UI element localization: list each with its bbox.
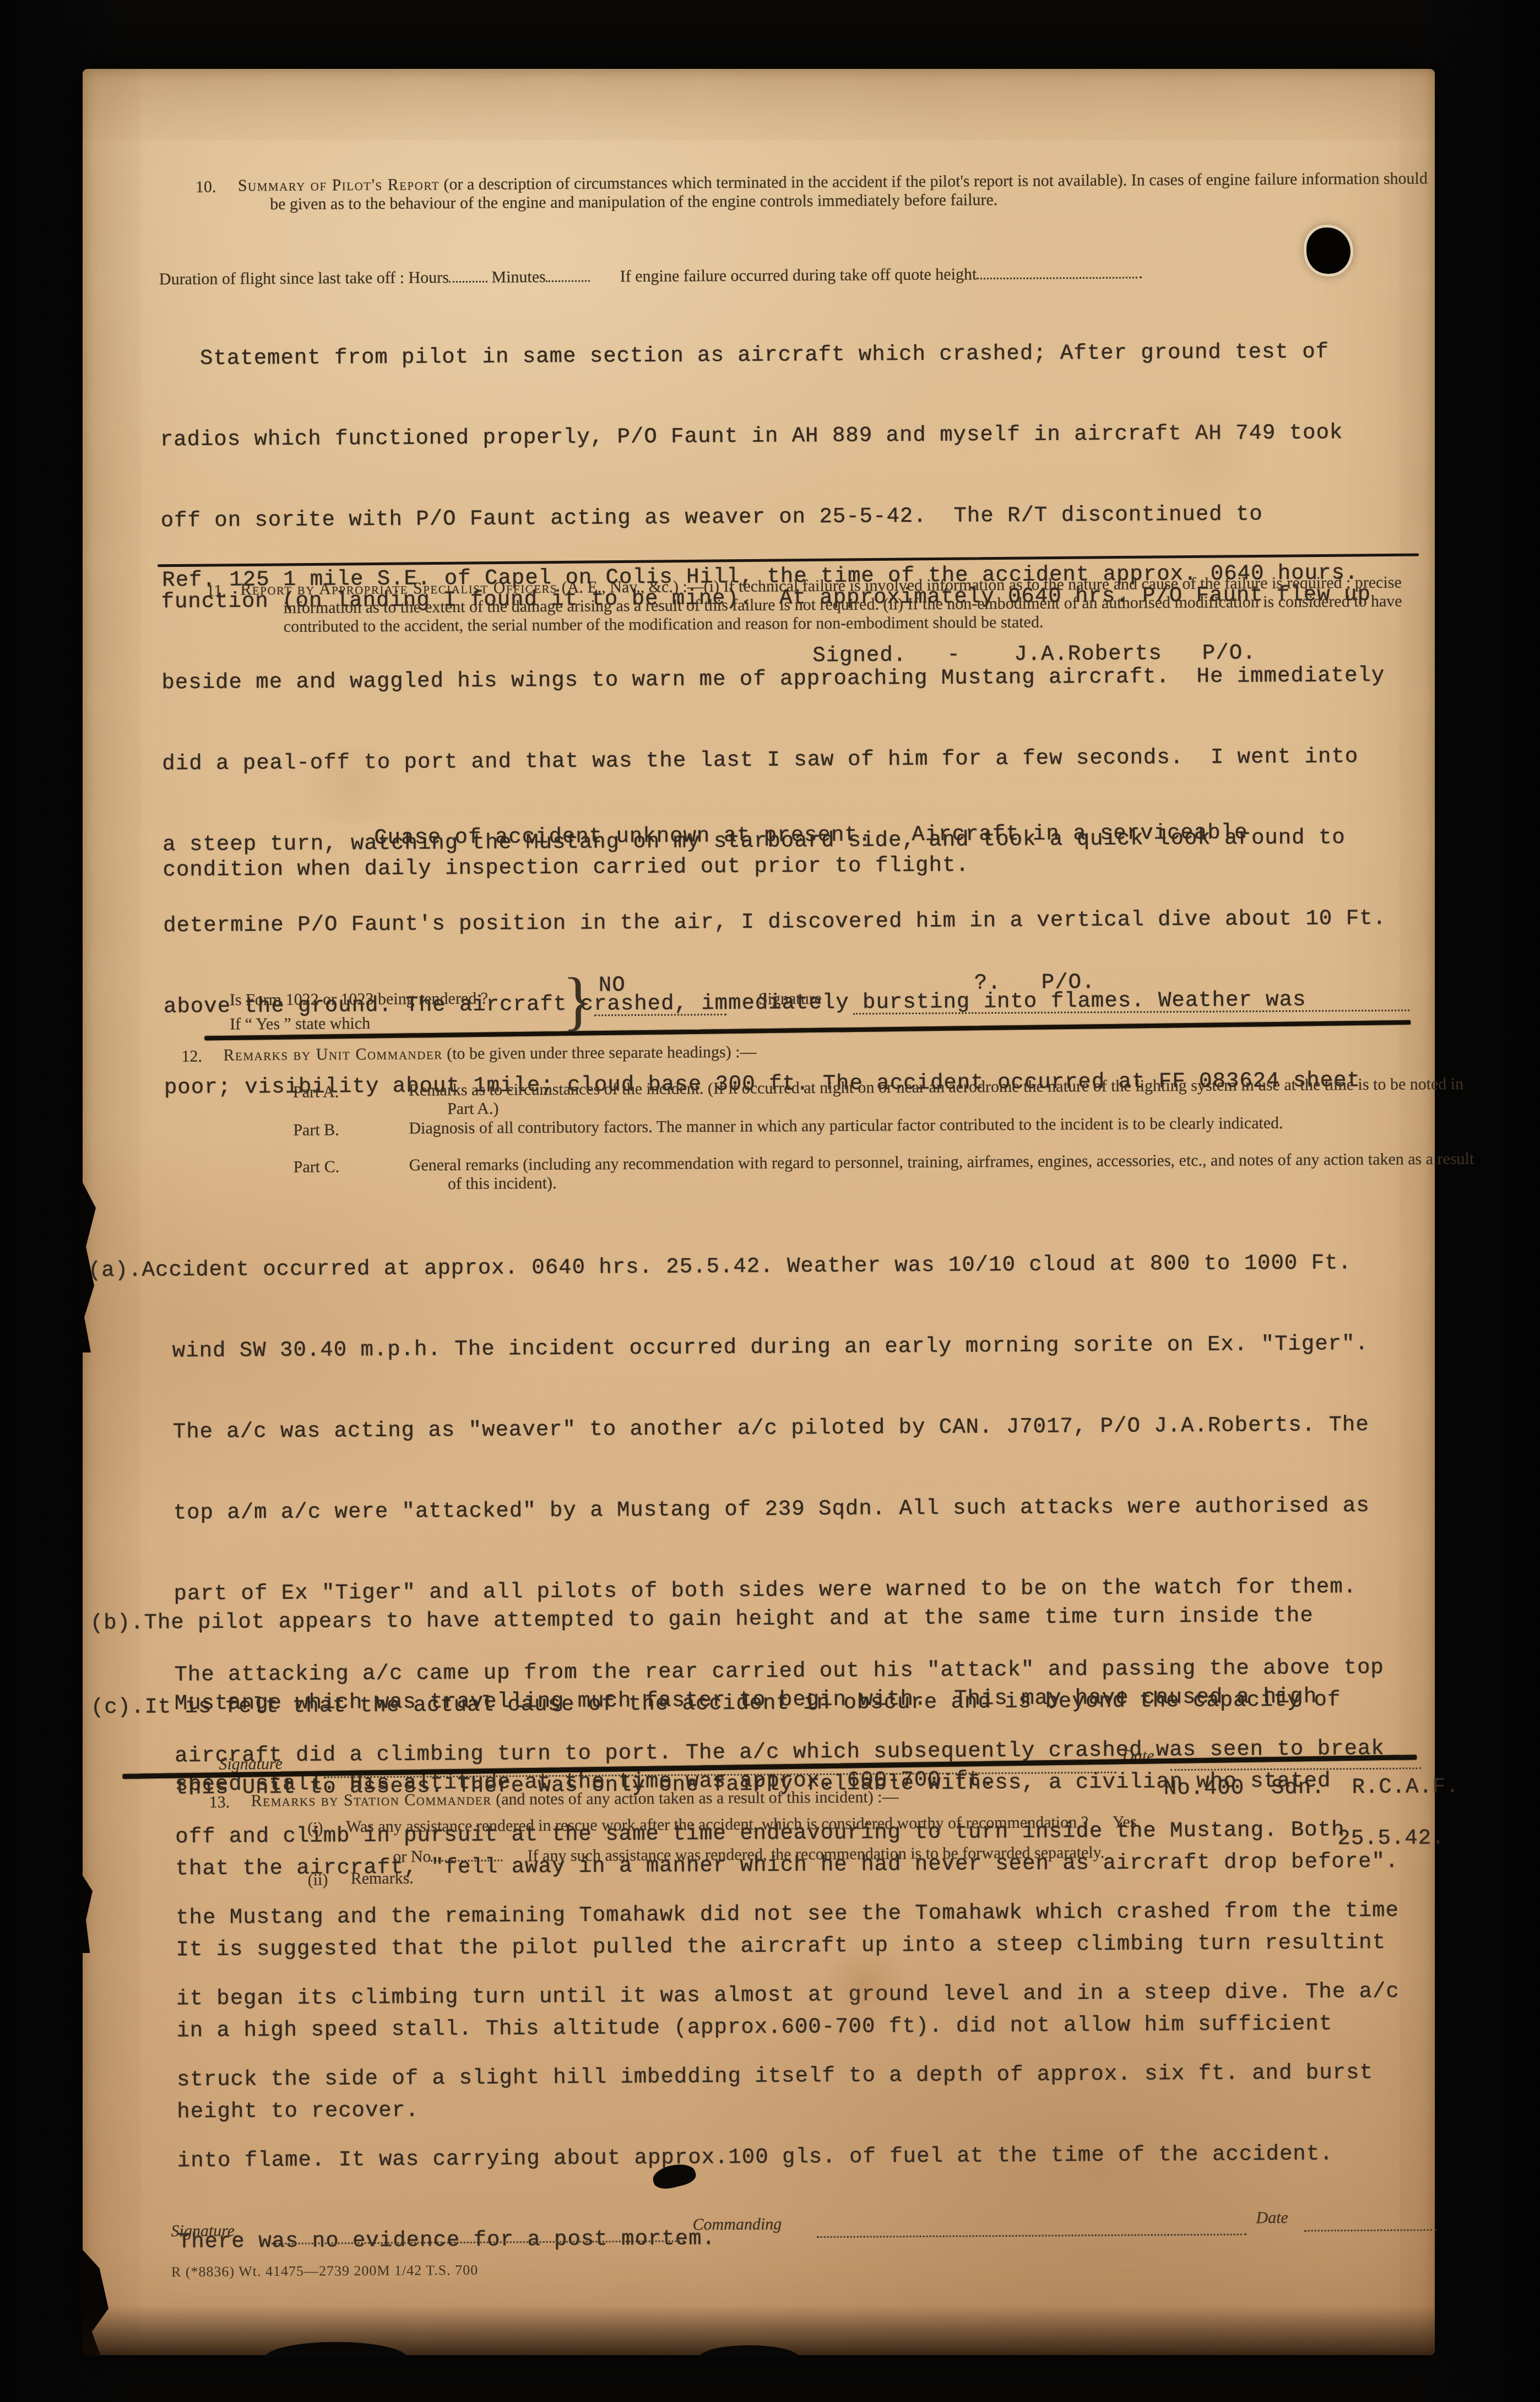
remarks-paragraph-c: (c).It is felt that the actual cause of … [174,1632,1401,2180]
remarks-c-line: It is suggested that the pilot pulled th… [176,1929,1399,1964]
item10-text: Summary of Pilot's Report (or a descript… [238,169,1438,214]
remarks-a-line: wind SW 30.40 m.p.h. The incident occurr… [172,1330,1396,1365]
part-a-text: Remarks as to circumstances of the incid… [409,1075,1483,1119]
cause-note-line2: condition when daily inspection carried … [162,852,969,884]
remarks-c-line: (c).It is felt that the actual cause of … [91,1686,1398,1721]
footer-commanding-label: Commanding [692,2215,782,2234]
statement-line: off on sorite with P/O Faunt acting as w… [160,500,1384,535]
item12-body: (to be given under three separate headin… [443,1043,757,1063]
item10-heading: Summary of Pilot's Report [238,175,440,194]
remarks-c-line: height to recover. [177,2091,1400,2126]
form1022-answer: NO [599,972,626,999]
item12-number: 12. [181,1047,202,1066]
burn-hole [1306,228,1351,274]
statement-line: radios which functioned properly, P/O Fa… [160,419,1384,454]
duration-line: Duration of flight since last take off :… [159,258,1426,289]
part-a-label: Part A. [293,1083,339,1102]
duration-suffix: If engine failure occurred during take o… [620,265,977,285]
remarks-a-line: The a/c was acting as "weaver" to anothe… [173,1411,1396,1446]
form1022-brace: } [562,964,594,1038]
form1022-question: Is Form 1022 or 1023 being rendered ? [230,989,488,1010]
part-c-text: General remarks (including any recommend… [409,1150,1483,1194]
remarks-c-line: that the aircraft, "fell away in a manne… [175,1848,1398,1883]
page-content: 10. Summary of Pilot's Report (or a desc… [77,64,1443,2359]
part-c-label: Part C. [294,1157,340,1177]
item10-body: (or a description of circumstances which… [270,169,1428,213]
statement-line: Statement from pilot in same section as … [160,338,1383,373]
footer-date-dotted [1304,2227,1436,2231]
height-dotted-line [977,260,1142,279]
cause-note-line1: Cuase of accident unknown at present. Ai… [374,819,1248,852]
form1022-if-yes: If “ Yes ” state which [230,1014,370,1034]
printers-imprint: R (*8836) Wt. 41475—2739 200M 1/42 T.S. … [171,2262,478,2280]
remarks-b-line: (b).The pilot appears to have attempted … [90,1603,1317,1637]
remarks-a-line: (a).Accident occurred at approx. 0640 hr… [88,1249,1395,1284]
scan-background: 10. Summary of Pilot's Report (or a desc… [0,0,1540,2402]
minutes-dotted-line [546,264,590,282]
report-page: 10. Summary of Pilot's Report (or a desc… [83,69,1435,2355]
duration-minutes-label: Minutes [491,268,546,286]
remarks-c-line: in a high speed stall. This altitude (ap… [176,2010,1400,2045]
statement-line: beside me and waggled his wings to warn … [161,662,1385,697]
signed-line: Signed. - J.A.Roberts P/O. [812,640,1256,669]
remarks-a-line: There was no evidence for a post mortem. [178,2221,1401,2256]
statement-line: determine P/O Faunt's position in the ai… [163,905,1386,940]
statement-line: did a peal-off to port and that was the … [162,743,1385,778]
footer-date-label: Date [1256,2209,1288,2227]
form1022-signature-label: Signature [758,989,822,1009]
part-b-label: Part B. [293,1121,339,1140]
remarks-a-line: top a/m a/c were "attacked" by a Mustang… [173,1492,1396,1527]
item10-number: 10. [196,178,216,197]
footer-signature-label: Signature [171,2222,235,2241]
form1022-signature-value: ?. P/O. [974,969,1096,997]
hours-dotted-line [449,264,487,283]
item12-heading: Remarks by Unit Commander [223,1045,442,1064]
duration-prefix: Duration of flight since last take off :… [159,268,449,288]
